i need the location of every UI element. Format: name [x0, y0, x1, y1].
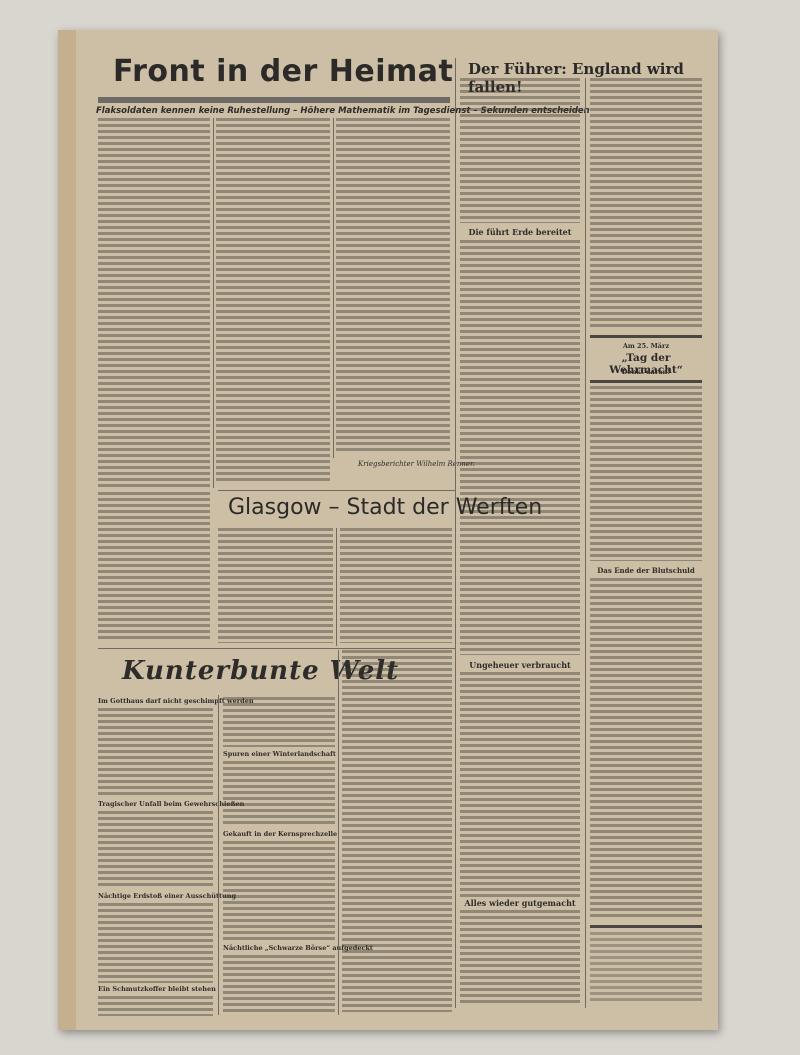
- kunterbunt-column-2b: [223, 761, 335, 827]
- kunterbunt-column-1a: [98, 708, 213, 798]
- kunterbunt-column-2c: [223, 841, 335, 941]
- sidebar-section-head: Das Ende der Blutschuld: [590, 566, 702, 575]
- kunterbunt-column-1d: [98, 996, 213, 1016]
- sidebar-column-a: [590, 386, 702, 561]
- glasgow-column-1: [218, 528, 333, 643]
- main-headline: Front in der Heimat: [113, 54, 453, 89]
- kunterbunt-column-1b: [98, 811, 213, 889]
- right-article-column-1c: [460, 672, 580, 900]
- main-article-column-3: [336, 118, 450, 453]
- headline-rule: [98, 97, 450, 103]
- right-article-column-1a: [460, 78, 580, 223]
- right-article-column-1b: [460, 240, 580, 655]
- main-article-author: Kriegsberichter Wilhelm Renner.: [358, 460, 475, 468]
- glasgow-headline: Glasgow – Stadt der Werften: [228, 495, 542, 520]
- sidebar-rule: [590, 380, 702, 383]
- main-article-column-2: [216, 118, 330, 483]
- column-divider: [338, 650, 339, 1015]
- kunterbunt-rule: [98, 648, 455, 649]
- kunterbunt-section-head: Gekauft in der Kernsprechzelle: [223, 830, 335, 838]
- section-head: Alles wieder gutgemacht: [460, 898, 580, 908]
- kunterbunt-column-1c: [98, 903, 213, 983]
- kunterbunt-section-head: Ein Schmutzkoffer bleibt stehen: [98, 985, 213, 993]
- sidebar-subline: Denkt daran!: [590, 368, 702, 376]
- kunterbunt-section-head: Nächtige Erdstoß einer Ausschüttung: [98, 892, 213, 900]
- column-divider: [218, 695, 219, 1015]
- glasgow-rule: [218, 490, 455, 491]
- kunterbunt-column-2d: [223, 955, 335, 1015]
- main-article-column-1-continued: [98, 492, 210, 640]
- glasgow-column-3: [342, 650, 452, 1012]
- main-article-column-1: [98, 118, 210, 488]
- kunterbunt-column-2a: [223, 697, 335, 747]
- section-head: Ungeheuer verbraucht: [460, 660, 580, 670]
- right-article-column-1d: [460, 910, 580, 1005]
- right-article-column-2: [590, 78, 702, 330]
- column-divider: [213, 118, 214, 488]
- newspaper-page: Front in der Heimat Flaksoldaten kennen …: [58, 30, 718, 1030]
- kunterbunt-section-head: Spuren einer Winterlandschaft: [223, 750, 335, 758]
- notice-box: [590, 932, 702, 1004]
- sidebar-rule: [590, 335, 702, 338]
- column-divider: [336, 528, 337, 646]
- sidebar-date: Am 25. März: [590, 342, 702, 350]
- kunterbunt-section-head: Tragischer Unfall beim Gewehrschießen: [98, 800, 213, 808]
- box-rule: [590, 925, 702, 928]
- sidebar-column-b: [590, 578, 702, 920]
- column-divider: [333, 118, 334, 458]
- kunterbunt-section-head: Im Gotthaus darf nicht geschimpft werden: [98, 697, 213, 705]
- section-divider: [455, 58, 456, 1008]
- column-divider: [585, 78, 586, 1008]
- glasgow-column-2: [340, 528, 452, 643]
- kunterbunt-section-head: Nächtliche „Schwarze Börse“ aufgedeckt: [223, 944, 335, 952]
- section-head: Die führt Erde bereitet: [460, 227, 580, 237]
